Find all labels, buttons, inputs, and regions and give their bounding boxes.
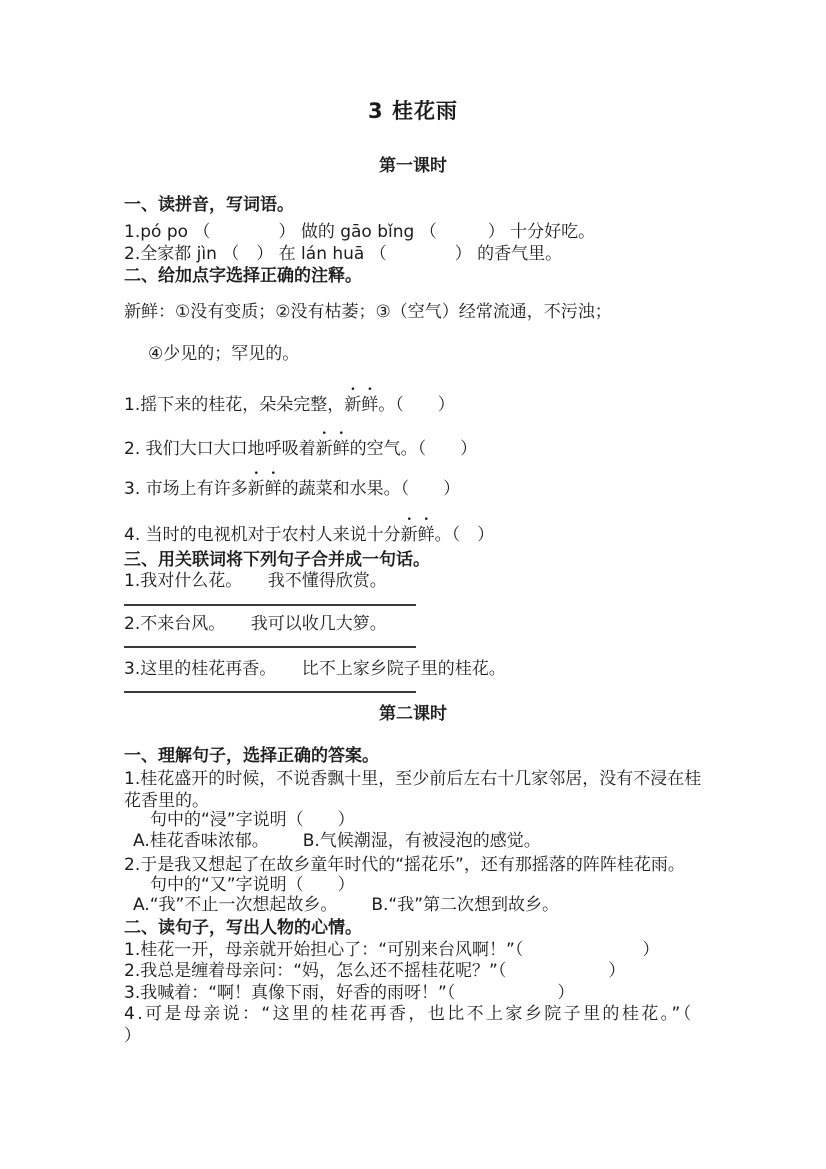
comprehension-q2-text: 2.于是我又想起了在故乡童年时代的“摇花乐”，还有那摇落的阵阵桂花雨。 [124,854,716,876]
annotation-item-1: 1.摇下来的桂花，朵朵完整，新鲜。（ ） [124,385,716,416]
dotted-word: 新鲜 [344,395,378,415]
item-text: 3. 市场上有许多 [124,479,248,499]
p1-section-3-heading: 三、用关联词将下列句子合并成一句话。 [124,549,716,571]
dotted-word: 新鲜 [316,439,350,459]
item-text: 2. 我们大口大口地呼吸着 [124,439,316,459]
mood-item-4-line-1: 4.可是母亲说：“这里的桂花再香，也比不上家乡院子里的桂花。”（ [124,1004,694,1024]
answer-line-1[interactable] [124,604,416,606]
merge-sentence-1: 1.我对什么花。 我不懂得欣赏。 [124,570,716,592]
mood-item-4: 4.可是母亲说：“这里的桂花再香，也比不上家乡院子里的桂花。”（） [124,1004,716,1047]
mood-item-4-line-2: ） [124,1026,141,1046]
mood-item-3: 3.我喊着：“啊！真像下雨，好香的雨呀！”（ ） [124,982,716,1004]
mood-item-2: 2.我总是缠着母亲问：“妈，怎么还不摇桂花呢？”（ ） [124,960,716,982]
q1-line-1: 1.桂花盛开的时候，不说香飘十里，至少前后左右十几家邻居，没有不浸在桂 [124,769,701,789]
merge-sentence-2: 2.不来台风。 我可以收几大箩。 [124,613,716,635]
p1-section-1-heading: 一、读拼音，写词语。 [124,194,716,216]
p1-section-2-heading: 二、给加点字选择正确的注释。 [124,265,716,287]
pinyin-item-2: 2.全家都 jìn （ ） 在 lán huā （ ） 的香气里。 [124,243,716,265]
worksheet-page: { "colors": { "background": "#ffffff", "… [0,0,826,1169]
mood-item-1: 1.桂花一开，母亲就开始担心了：“可别来台风啊！”（ ） [124,939,716,961]
pinyin-item-1: 1.pó po （ ） 做的 gāo bǐng （ ） 十分好吃。 [124,221,716,243]
q2-option-b: B.“我”第二次想到故乡。 [371,895,559,915]
merge-sentence-3: 3.这里的桂花再香。 比不上家乡院子里的桂花。 [124,658,716,680]
answer-line-3[interactable] [124,691,416,693]
item-text: 的空气。（ ） [350,439,478,459]
item-text: 。（ ） [378,395,455,415]
page-title: 3 桂花雨 [0,100,826,122]
q1-option-b: B.气候潮湿，有被浸泡的感觉。 [303,831,541,851]
item-text: 1.摇下来的桂花，朵朵完整， [124,395,344,415]
q1-prompt: 句中的“浸”字说明（ ） [124,809,716,831]
item-text: 。（ ） [435,525,495,545]
annotation-item-3: 3. 市场上有许多新鲜的蔬菜和水果。（ ） [124,469,716,500]
session-2-heading: 第二课时 [0,703,826,725]
q2-prompt: 句中的“又”字说明（ ） [124,874,716,896]
item-text: 的蔬菜和水果。（ ） [282,479,461,499]
answer-line-2[interactable] [124,646,416,648]
annotation-item-4: 4. 当时的电视机对于农村人来说十分新鲜。（ ） [124,515,716,546]
q2-option-a: A.“我”不止一次想起故乡。 [133,894,337,916]
comprehension-q1-text: 1.桂花盛开的时候，不说香飘十里，至少前后左右十几家邻居，没有不浸在桂花香里的。 [124,769,716,812]
definition-line-2: ④少见的；罕见的。 [124,343,716,365]
q1-options: A.桂花香味浓郁。B.气候潮湿，有被浸泡的感觉。 [124,830,716,852]
definition-line-1: 新鲜：①没有变质；②没有枯萎；③（空气）经常流通，不污浊； [124,301,716,323]
p2-section-1-heading: 一、理解句子，选择正确的答案。 [124,745,716,767]
dotted-word: 新鲜 [248,479,282,499]
session-1-heading: 第一课时 [0,155,826,177]
dotted-word: 新鲜 [401,525,435,545]
annotation-item-2: 2. 我们大口大口地呼吸着新鲜的空气。（ ） [124,429,716,460]
item-text: 4. 当时的电视机对于农村人来说十分 [124,525,401,545]
q1-line-2: 花香里的。 [124,791,209,811]
q2-options: A.“我”不止一次想起故乡。B.“我”第二次想到故乡。 [124,894,716,916]
p2-section-2-heading: 二、读句子，写出人物的心情。 [124,917,716,939]
q1-option-a: A.桂花香味浓郁。 [133,830,269,852]
